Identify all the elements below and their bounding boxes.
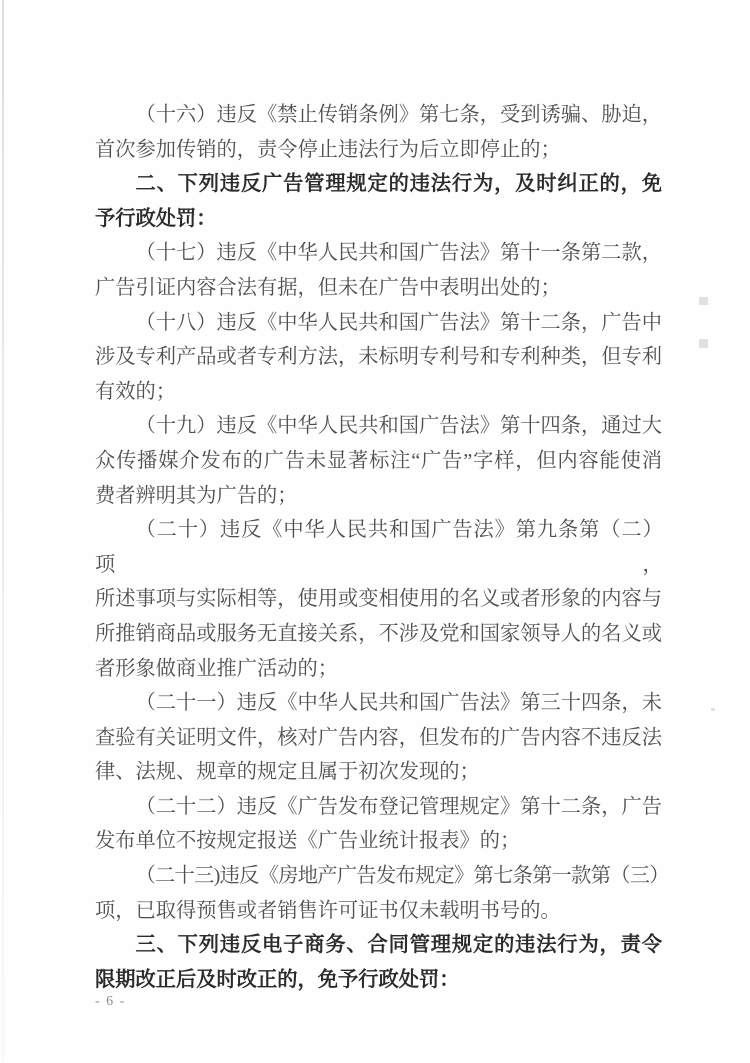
paragraph: （二十一）违反《中华人民共和国广告法》第三十四条，未查验有关证明文件，核对广告内…	[95, 686, 662, 790]
scan-artifact	[699, 297, 708, 305]
paragraph: 三、下列违反电子商务、合同管理规定的违法行为，责令限期改正后及时改正的，免予行政…	[95, 928, 662, 997]
scan-artifact	[711, 708, 715, 711]
paragraph: （十九）违反《中华人民共和国广告法》第十四条，通过大众传播媒介发布的广告未显著标…	[95, 409, 662, 513]
paragraph: 二、下列违反广告管理规定的违法行为，及时纠正的，免予行政处罚：	[95, 167, 662, 236]
text-line: 限期改正后及时改正的，免予行政处罚：	[95, 963, 662, 998]
text-line: （二十二）违反《广告发布登记管理规定》第十二条，广告	[95, 790, 662, 825]
text-line: 费者辨明其为广告的；	[95, 479, 662, 514]
text-line: 二、下列违反广告管理规定的违法行为，及时纠正的，免	[95, 167, 662, 202]
paragraph: （二十三)违反《房地产广告发布规定》第七条第一款第（三）项，已取得预售或者销售许…	[95, 859, 662, 928]
text-line: 首次参加传销的，责令停止违法行为后立即停止的；	[95, 133, 662, 168]
text-line: （十七）违反《中华人民共和国广告法》第十一条第二款，	[95, 236, 662, 271]
text-line: （十八）违反《中华人民共和国广告法》第十二条，广告中	[95, 306, 662, 341]
text-line: 所推销商品或服务无直接关系，不涉及党和国家领导人的名义或	[95, 617, 662, 652]
scan-edge-line	[2, 0, 4, 1063]
text-line: （二十三)违反《房地产广告发布规定》第七条第一款第（三）	[95, 859, 662, 894]
text-line: 三、下列违反电子商务、合同管理规定的违法行为，责令	[95, 928, 662, 963]
text-line: 有效的；	[95, 375, 662, 410]
text-line: （二十一）违反《中华人民共和国广告法》第三十四条，未	[95, 686, 662, 721]
text-line: 广告引证内容合法有据，但未在广告中表明出处的；	[95, 271, 662, 306]
text-line: 予行政处罚：	[95, 202, 662, 237]
text-line: 众传播媒介发布的广告未显著标注“广告”字样，但内容能使消	[95, 444, 662, 479]
scan-artifact	[699, 339, 708, 348]
text-line: 所述事项与实际相等，使用或变相使用的名义或者形象的内容与	[95, 582, 662, 617]
text-line: （十九）违反《中华人民共和国广告法》第十四条，通过大	[95, 409, 662, 444]
text-line: 律、法规、规章的规定且属于初次发现的；	[95, 755, 662, 790]
paragraph: （二十）违反《中华人民共和国广告法》第九条第（二）项，所述事项与实际相等，使用或…	[95, 513, 662, 686]
paragraph: （十七）违反《中华人民共和国广告法》第十一条第二款，广告引证内容合法有据，但未在…	[95, 236, 662, 305]
text-line: 项，已取得预售或者销售许可证书仅未载明书号的。	[95, 894, 662, 929]
text-line: （十六）违反《禁止传销条例》第七条，受到诱骗、胁迫，	[95, 98, 662, 133]
document-body: （十六）违反《禁止传销条例》第七条，受到诱骗、胁迫，首次参加传销的，责令停止违法…	[95, 98, 662, 997]
paragraph: （十六）违反《禁止传销条例》第七条，受到诱骗、胁迫，首次参加传销的，责令停止违法…	[95, 98, 662, 167]
text-line: 查验有关证明文件，核对广告内容，但发布的广告内容不违反法	[95, 721, 662, 756]
paragraph: （二十二）违反《广告发布登记管理规定》第十二条，广告发布单位不按规定报送《广告业…	[95, 790, 662, 859]
text-line: （二十）违反《中华人民共和国广告法》第九条第（二）项，	[95, 513, 662, 582]
text-line: 涉及专利产品或者专利方法，未标明专利号和专利种类，但专利	[95, 340, 662, 375]
text-line: 者形象做商业推广活动的；	[95, 652, 662, 687]
paragraph: （十八）违反《中华人民共和国广告法》第十二条，广告中涉及专利产品或者专利方法，未…	[95, 306, 662, 410]
text-line: 发布单位不按规定报送《广告业统计报表》的；	[95, 824, 662, 859]
document-page: （十六）违反《禁止传销条例》第七条，受到诱骗、胁迫，首次参加传销的，责令停止违法…	[0, 0, 750, 1063]
page-number: - 6 -	[95, 994, 126, 1010]
